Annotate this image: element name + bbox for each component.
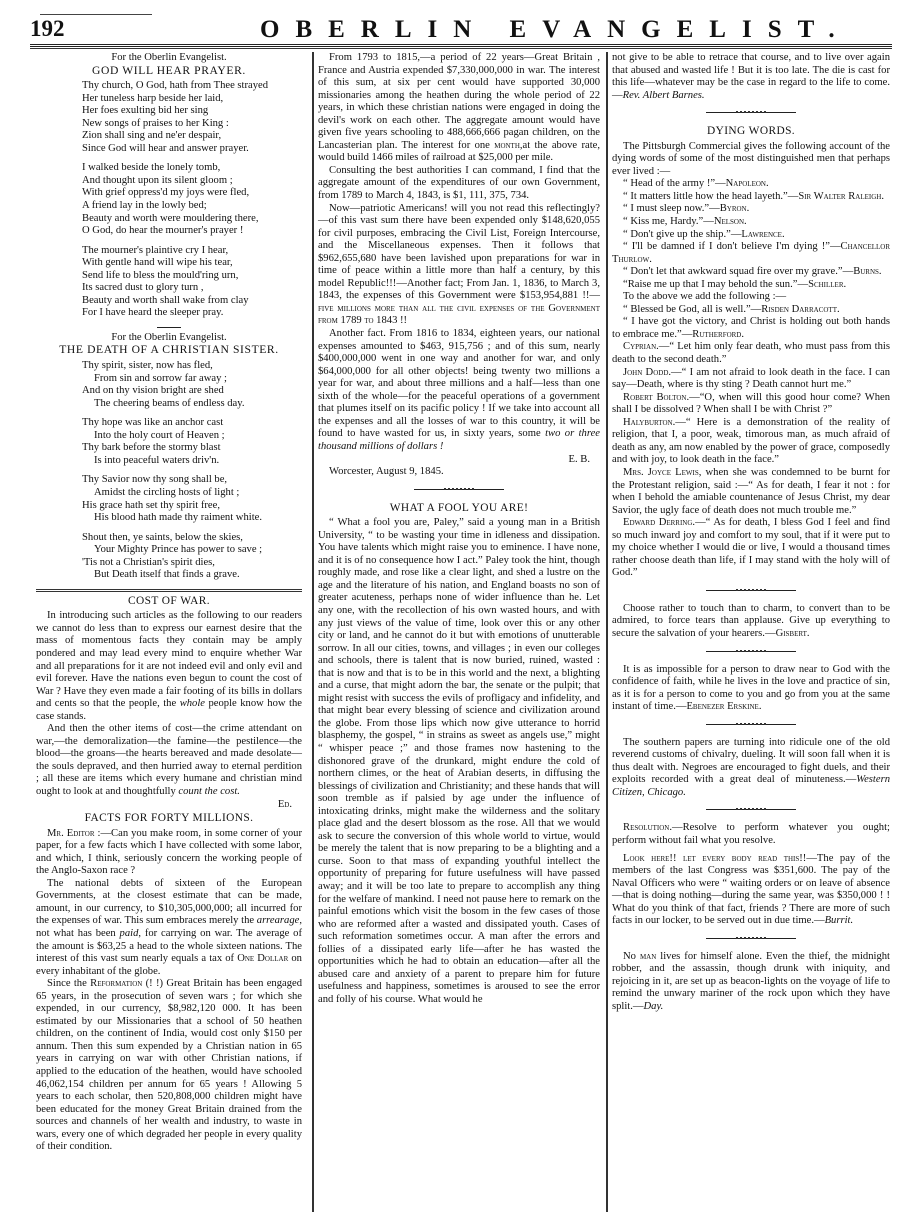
verse-line: The mourner's plaintive cry I hear, bbox=[82, 245, 302, 258]
emphasis: count the cost. bbox=[178, 786, 240, 797]
section-rule bbox=[706, 809, 796, 810]
verse-line: Thy bark before the stormy blast bbox=[82, 442, 302, 455]
article-paragraph: not give to be able to retrace that cour… bbox=[612, 52, 890, 102]
author-signature: Day. bbox=[644, 1001, 664, 1012]
quote-item: Mrs. Joyce Lewis, when she was condemned… bbox=[612, 467, 890, 517]
verse-line: Thy hope was like an anchor cast bbox=[82, 417, 302, 430]
quote-item: “ It matters little how the head layeth.… bbox=[612, 191, 890, 204]
quote-author: Byron. bbox=[720, 203, 750, 214]
poem-death-of-christian-sister: Thy spirit, sister, now has fled, From s… bbox=[36, 360, 302, 582]
quote-item: John Dodd.—“ I am not afraid to look dea… bbox=[612, 367, 890, 392]
text: From 1793 to 1815,—a period of 22 years—… bbox=[318, 52, 600, 151]
emphasis: paid bbox=[120, 928, 139, 939]
article-paragraph: The Pittsburgh Commercial gives the foll… bbox=[612, 141, 890, 179]
stanza: Shout then, ye saints, below the skies, … bbox=[82, 532, 302, 582]
quote-author: Schiller. bbox=[808, 279, 846, 290]
verse-line: Amidst the circling hosts of light ; bbox=[82, 487, 302, 500]
verse-line: Into the holy court of Heaven ; bbox=[82, 430, 302, 443]
quote-author: Rutherford. bbox=[692, 329, 744, 340]
section-rule bbox=[706, 938, 796, 939]
verse-line: Its sacred dust to glory turn , bbox=[82, 282, 302, 295]
verse-line: Her foes exulting bid her sing bbox=[82, 105, 302, 118]
lead-in: Resolution. bbox=[623, 822, 672, 833]
quote-author: Risden Darracott. bbox=[761, 304, 839, 315]
verse-line: With gentle hand will wipe his tear, bbox=[82, 257, 302, 270]
quote-item: Robert Bolton.—“O, when will this good h… bbox=[612, 392, 890, 417]
verse-line: From sin and sorrow far away ; bbox=[82, 373, 302, 386]
article-paragraph: No man lives for himself alone. Even the… bbox=[612, 951, 890, 1014]
quote-text: “ Don't give up the ship.”— bbox=[623, 229, 741, 240]
quote-item: “ Don't let that awkward squad fire over… bbox=[612, 266, 890, 279]
quote-item: “Raise me up that I may behold the sun.”… bbox=[612, 279, 890, 292]
left-column: For the Oberlin Evangelist. GOD WILL HEA… bbox=[36, 52, 302, 1154]
emphasis: man bbox=[640, 951, 656, 962]
verse-line: A friend lay in the lowly bed; bbox=[82, 200, 302, 213]
verse-line: With grief oppress'd my joys were fled, bbox=[82, 187, 302, 200]
verse-line: I walked beside the lonely tomb, bbox=[82, 162, 302, 175]
editor-signature: Ed. bbox=[36, 799, 302, 812]
article-paragraph: Now—patriotic Americans! will you not re… bbox=[318, 203, 600, 328]
quote-author: Nelson. bbox=[714, 216, 747, 227]
middle-column: From 1793 to 1815,—a period of 22 years—… bbox=[318, 52, 600, 1006]
quote-item: “ Head of the army !”—Napoleon. bbox=[612, 178, 890, 191]
quote-text: “ Kiss me, Hardy.”— bbox=[623, 216, 714, 227]
quote-text: “ Head of the army !”— bbox=[623, 178, 726, 189]
verse-line: Thy Savior now thy song shall be, bbox=[82, 474, 302, 487]
verse-line: And thought upon its silent gloom ; bbox=[82, 175, 302, 188]
quote-item: “ I must sleep now.”—Byron. bbox=[612, 203, 890, 216]
article-paragraph: The southern papers are turning into rid… bbox=[612, 737, 890, 800]
article-paragraph: From 1793 to 1815,—a period of 22 years—… bbox=[318, 52, 600, 165]
verse-line: Your Mighty Prince has power to save ; bbox=[82, 544, 302, 557]
lead-in: Look here!! let every body read this!! bbox=[623, 853, 806, 864]
text: Another fact. From 1816 to 1834, eightee… bbox=[318, 328, 600, 439]
top-rule bbox=[40, 14, 152, 15]
quote-author: Edward Derring. bbox=[623, 517, 695, 528]
verse-line: Zion shall sing and ne'er despair, bbox=[82, 130, 302, 143]
verse-line: The cheering beams of endless day. bbox=[82, 398, 302, 411]
verse-line: Is into peaceful waters driv'n. bbox=[82, 455, 302, 468]
article-paragraph: In introducing such articles as the foll… bbox=[36, 610, 302, 723]
quote-item: “ I'll be damned if I don't believe I'm … bbox=[612, 241, 890, 266]
section-rule bbox=[36, 589, 302, 593]
emphasis: One Dollar bbox=[237, 953, 288, 964]
poem-title: GOD WILL HEAR PRAYER. bbox=[36, 65, 302, 78]
emphasis: whole bbox=[180, 698, 205, 709]
verse-line: And on thy vision bright are shed bbox=[82, 385, 302, 398]
verse-line: New songs of praises to her King : bbox=[82, 118, 302, 131]
text: And then the other items of cost—the cri… bbox=[36, 723, 302, 797]
article-paragraph: The national debts of sixteen of the Eur… bbox=[36, 878, 302, 978]
emphasis: five millions more than all the civil ex… bbox=[318, 303, 600, 327]
author-signature: E. B. bbox=[318, 454, 600, 467]
salutation: Mr. Editor bbox=[47, 828, 95, 839]
quote-text: “ It matters little how the head layeth.… bbox=[623, 191, 798, 202]
stanza: The mourner's plaintive cry I hear, With… bbox=[82, 245, 302, 320]
verse-line: For I have heard the sleeper pray. bbox=[82, 307, 302, 320]
verse-line: Thy spirit, sister, now has fled, bbox=[82, 360, 302, 373]
quote-author: Halyburton. bbox=[623, 417, 675, 428]
article-paragraph: Mr. Editor :—Can you make room, in some … bbox=[36, 828, 302, 878]
section-rule bbox=[157, 327, 181, 328]
paper-title: OBERLIN EVANGELIST. bbox=[260, 16, 851, 44]
verse-line: Thy church, O God, hath from Thee straye… bbox=[82, 80, 302, 93]
quote-item: “ Kiss me, Hardy.”—Nelson. bbox=[612, 216, 890, 229]
verse-line: O God, do hear the mourner's prayer ! bbox=[82, 225, 302, 238]
quote-author: Cyprian. bbox=[623, 341, 659, 352]
poem-title: THE DEATH OF A CHRISTIAN SISTER. bbox=[36, 344, 302, 357]
verse-line: 'Tis not a Christian's spirit dies, bbox=[82, 557, 302, 570]
quote-item: “ I have got the victory, and Christ is … bbox=[612, 316, 890, 341]
article-paragraph: Another fact. From 1816 to 1834, eightee… bbox=[318, 328, 600, 453]
article-title: DYING WORDS. bbox=[612, 125, 890, 138]
newspaper-page: 192 OBERLIN EVANGELIST. For the Oberlin … bbox=[0, 0, 900, 1221]
article-paragraph: “ What a fool you are, Paley,” said a yo… bbox=[318, 517, 600, 1006]
verse-line: Her tuneless harp beside her laid, bbox=[82, 93, 302, 106]
quote-text: “ Don't let that awkward squad fire over… bbox=[623, 266, 853, 277]
quote-author: Mrs. Joyce Lewis bbox=[623, 467, 699, 478]
quote-author: Lawrence. bbox=[741, 229, 784, 240]
verse-line: Shout then, ye saints, below the skies, bbox=[82, 532, 302, 545]
page-number: 192 bbox=[30, 16, 65, 42]
article-paragraph: Resolution.—Resolve to perform whatever … bbox=[612, 822, 890, 847]
section-rule bbox=[706, 724, 796, 725]
emphasis: month bbox=[494, 140, 520, 151]
quote-item: Edward Derring.—“ As for death, I bless … bbox=[612, 517, 890, 580]
quote-author: Napoleon. bbox=[726, 178, 769, 189]
section-rule bbox=[414, 489, 504, 490]
quote-author: Sir Walter Raleigh. bbox=[798, 191, 884, 202]
text: Since the bbox=[47, 978, 90, 989]
column-divider bbox=[606, 52, 608, 1212]
author-signature: Gisbert. bbox=[776, 628, 810, 639]
quote-item: Cyprian.—“ Let him only fear death, who … bbox=[612, 341, 890, 366]
verse-line: But Death itself that finds a grave. bbox=[82, 569, 302, 582]
article-paragraph: Look here!! let every body read this!!—T… bbox=[612, 853, 890, 928]
emphasis: Reformation bbox=[90, 978, 142, 989]
stanza: Thy hope was like an anchor cast Into th… bbox=[82, 417, 302, 467]
verse-line: Beauty and worth shall wake from clay bbox=[82, 295, 302, 308]
header-rule bbox=[30, 44, 892, 49]
author-signature: Ebenezer Erskine. bbox=[686, 701, 761, 712]
article-title: COST OF WAR. bbox=[36, 595, 302, 608]
article-paragraph: And then the other items of cost—the cri… bbox=[36, 723, 302, 798]
verse-line: His blood hath made thy raiment white. bbox=[82, 512, 302, 525]
quote-item: “ Don't give up the ship.”—Lawrence. bbox=[612, 229, 890, 242]
article-paragraph: Since the Reformation (! !) Great Britai… bbox=[36, 978, 302, 1154]
quote-author: Burns. bbox=[853, 266, 881, 277]
text: In introducing such articles as the foll… bbox=[36, 610, 302, 709]
section-rule bbox=[706, 112, 796, 113]
author-signature: Rev. Albert Barnes. bbox=[623, 90, 705, 101]
column-divider bbox=[312, 52, 314, 1212]
text: (! !) Great Britain has been engaged 65 … bbox=[36, 978, 302, 1152]
quote-author: John Dodd. bbox=[623, 367, 671, 378]
article-paragraph: To the above we add the following :— bbox=[612, 291, 890, 304]
article-paragraph: Consulting the best authorities I can co… bbox=[318, 165, 600, 203]
quote-text: “ I must sleep now.”— bbox=[623, 203, 720, 214]
section-rule bbox=[706, 590, 796, 591]
masthead: 192 OBERLIN EVANGELIST. bbox=[30, 14, 892, 46]
quote-text: “ I'll be damned if I don't believe I'm … bbox=[623, 241, 841, 252]
article-paragraph: Choose rather to touch than to charm, to… bbox=[612, 603, 890, 641]
quote-text: “ Blessed be God, all is well.”— bbox=[623, 304, 761, 315]
poem-byline: For the Oberlin Evangelist. bbox=[36, 52, 302, 65]
section-rule bbox=[706, 651, 796, 652]
verse-line: Send life to bless the mould'ring urn, bbox=[82, 270, 302, 283]
article-title: FACTS FOR FORTY MILLIONS. bbox=[36, 812, 302, 825]
verse-line: His grace hath set thy spirit free, bbox=[82, 500, 302, 513]
text: Now—patriotic Americans! will you not re… bbox=[318, 203, 600, 302]
article-paragraph: It is as impossible for a person to draw… bbox=[612, 664, 890, 714]
verse-line: Beauty and worth were mouldering there, bbox=[82, 213, 302, 226]
quote-author: Robert Bolton. bbox=[623, 392, 689, 403]
stanza: Thy Savior now thy song shall be, Amidst… bbox=[82, 474, 302, 524]
verse-line: Since God will hear and answer prayer. bbox=[82, 143, 302, 156]
stanza: I walked beside the lonely tomb, And tho… bbox=[82, 162, 302, 237]
dateline: Worcester, August 9, 1845. bbox=[318, 466, 600, 479]
text: Choose rather to touch than to charm, to… bbox=[612, 603, 890, 639]
quote-item: “ Blessed be God, all is well.”—Risden D… bbox=[612, 304, 890, 317]
quote-text: “Raise me up that I may behold the sun.”… bbox=[623, 279, 808, 290]
article-title: WHAT A FOOL YOU ARE! bbox=[318, 502, 600, 515]
quote-item: Halyburton.—“ Here is a demonstration of… bbox=[612, 417, 890, 467]
text: No bbox=[623, 951, 640, 962]
poem-god-will-hear-prayer: Thy church, O God, hath from Thee straye… bbox=[36, 80, 302, 320]
emphasis: arrearage bbox=[257, 915, 300, 926]
stanza: Thy spirit, sister, now has fled, From s… bbox=[82, 360, 302, 410]
quote-text: “ I have got the victory, and Christ is … bbox=[612, 316, 890, 340]
stanza: Thy church, O God, hath from Thee straye… bbox=[82, 80, 302, 155]
text: The southern papers are turning into rid… bbox=[612, 737, 890, 786]
author-signature: Burrit. bbox=[825, 915, 854, 926]
right-column: not give to be able to retrace that cour… bbox=[612, 52, 890, 1014]
